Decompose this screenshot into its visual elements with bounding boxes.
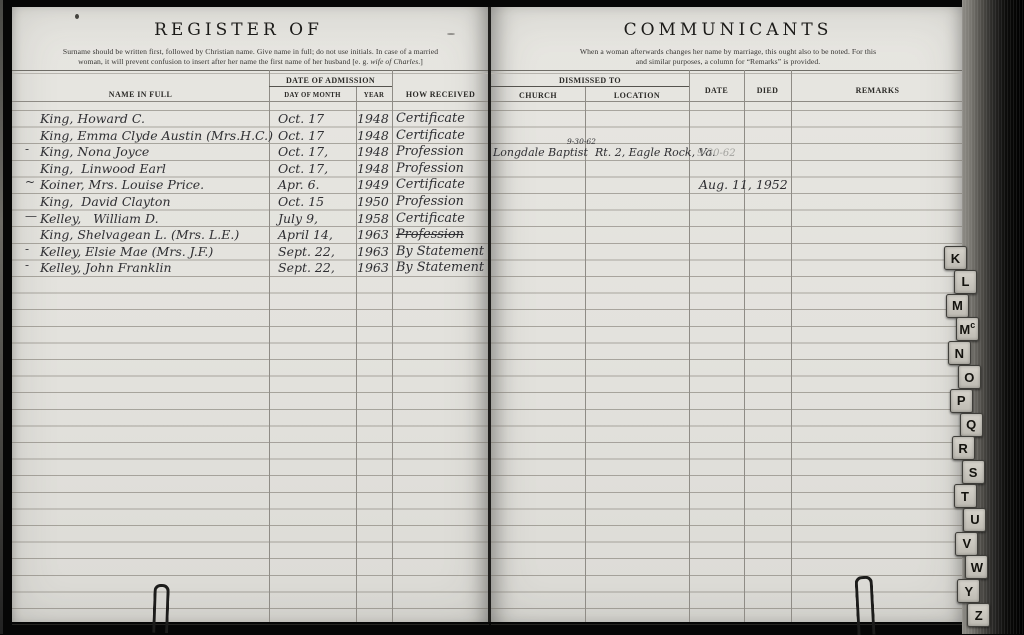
index-tab-o: O	[958, 365, 981, 389]
index-tab-p: P	[950, 389, 973, 413]
index-tab-s: S	[962, 460, 985, 484]
index-tab-k: K	[944, 246, 967, 270]
index-tab-r: R	[952, 436, 975, 460]
index-tab-l: L	[954, 270, 977, 294]
index-tab-m: M	[946, 294, 969, 318]
index-tab-w: W	[965, 555, 988, 579]
index-tab-t: T	[954, 484, 977, 508]
register-book-spread: REGISTER OF Surname should be written fi…	[0, 0, 1024, 634]
index-tab-n: N	[948, 341, 971, 365]
index-tabs: KLMMcNOPQRSTUVWYZ	[0, 0, 1024, 634]
index-tab-v: V	[955, 532, 978, 556]
index-tab-z: Z	[967, 603, 990, 627]
index-tab-q: Q	[960, 413, 983, 437]
index-tab-y: Y	[957, 579, 980, 603]
index-tab-u: U	[963, 508, 986, 532]
index-tab-mc: Mc	[956, 317, 979, 341]
